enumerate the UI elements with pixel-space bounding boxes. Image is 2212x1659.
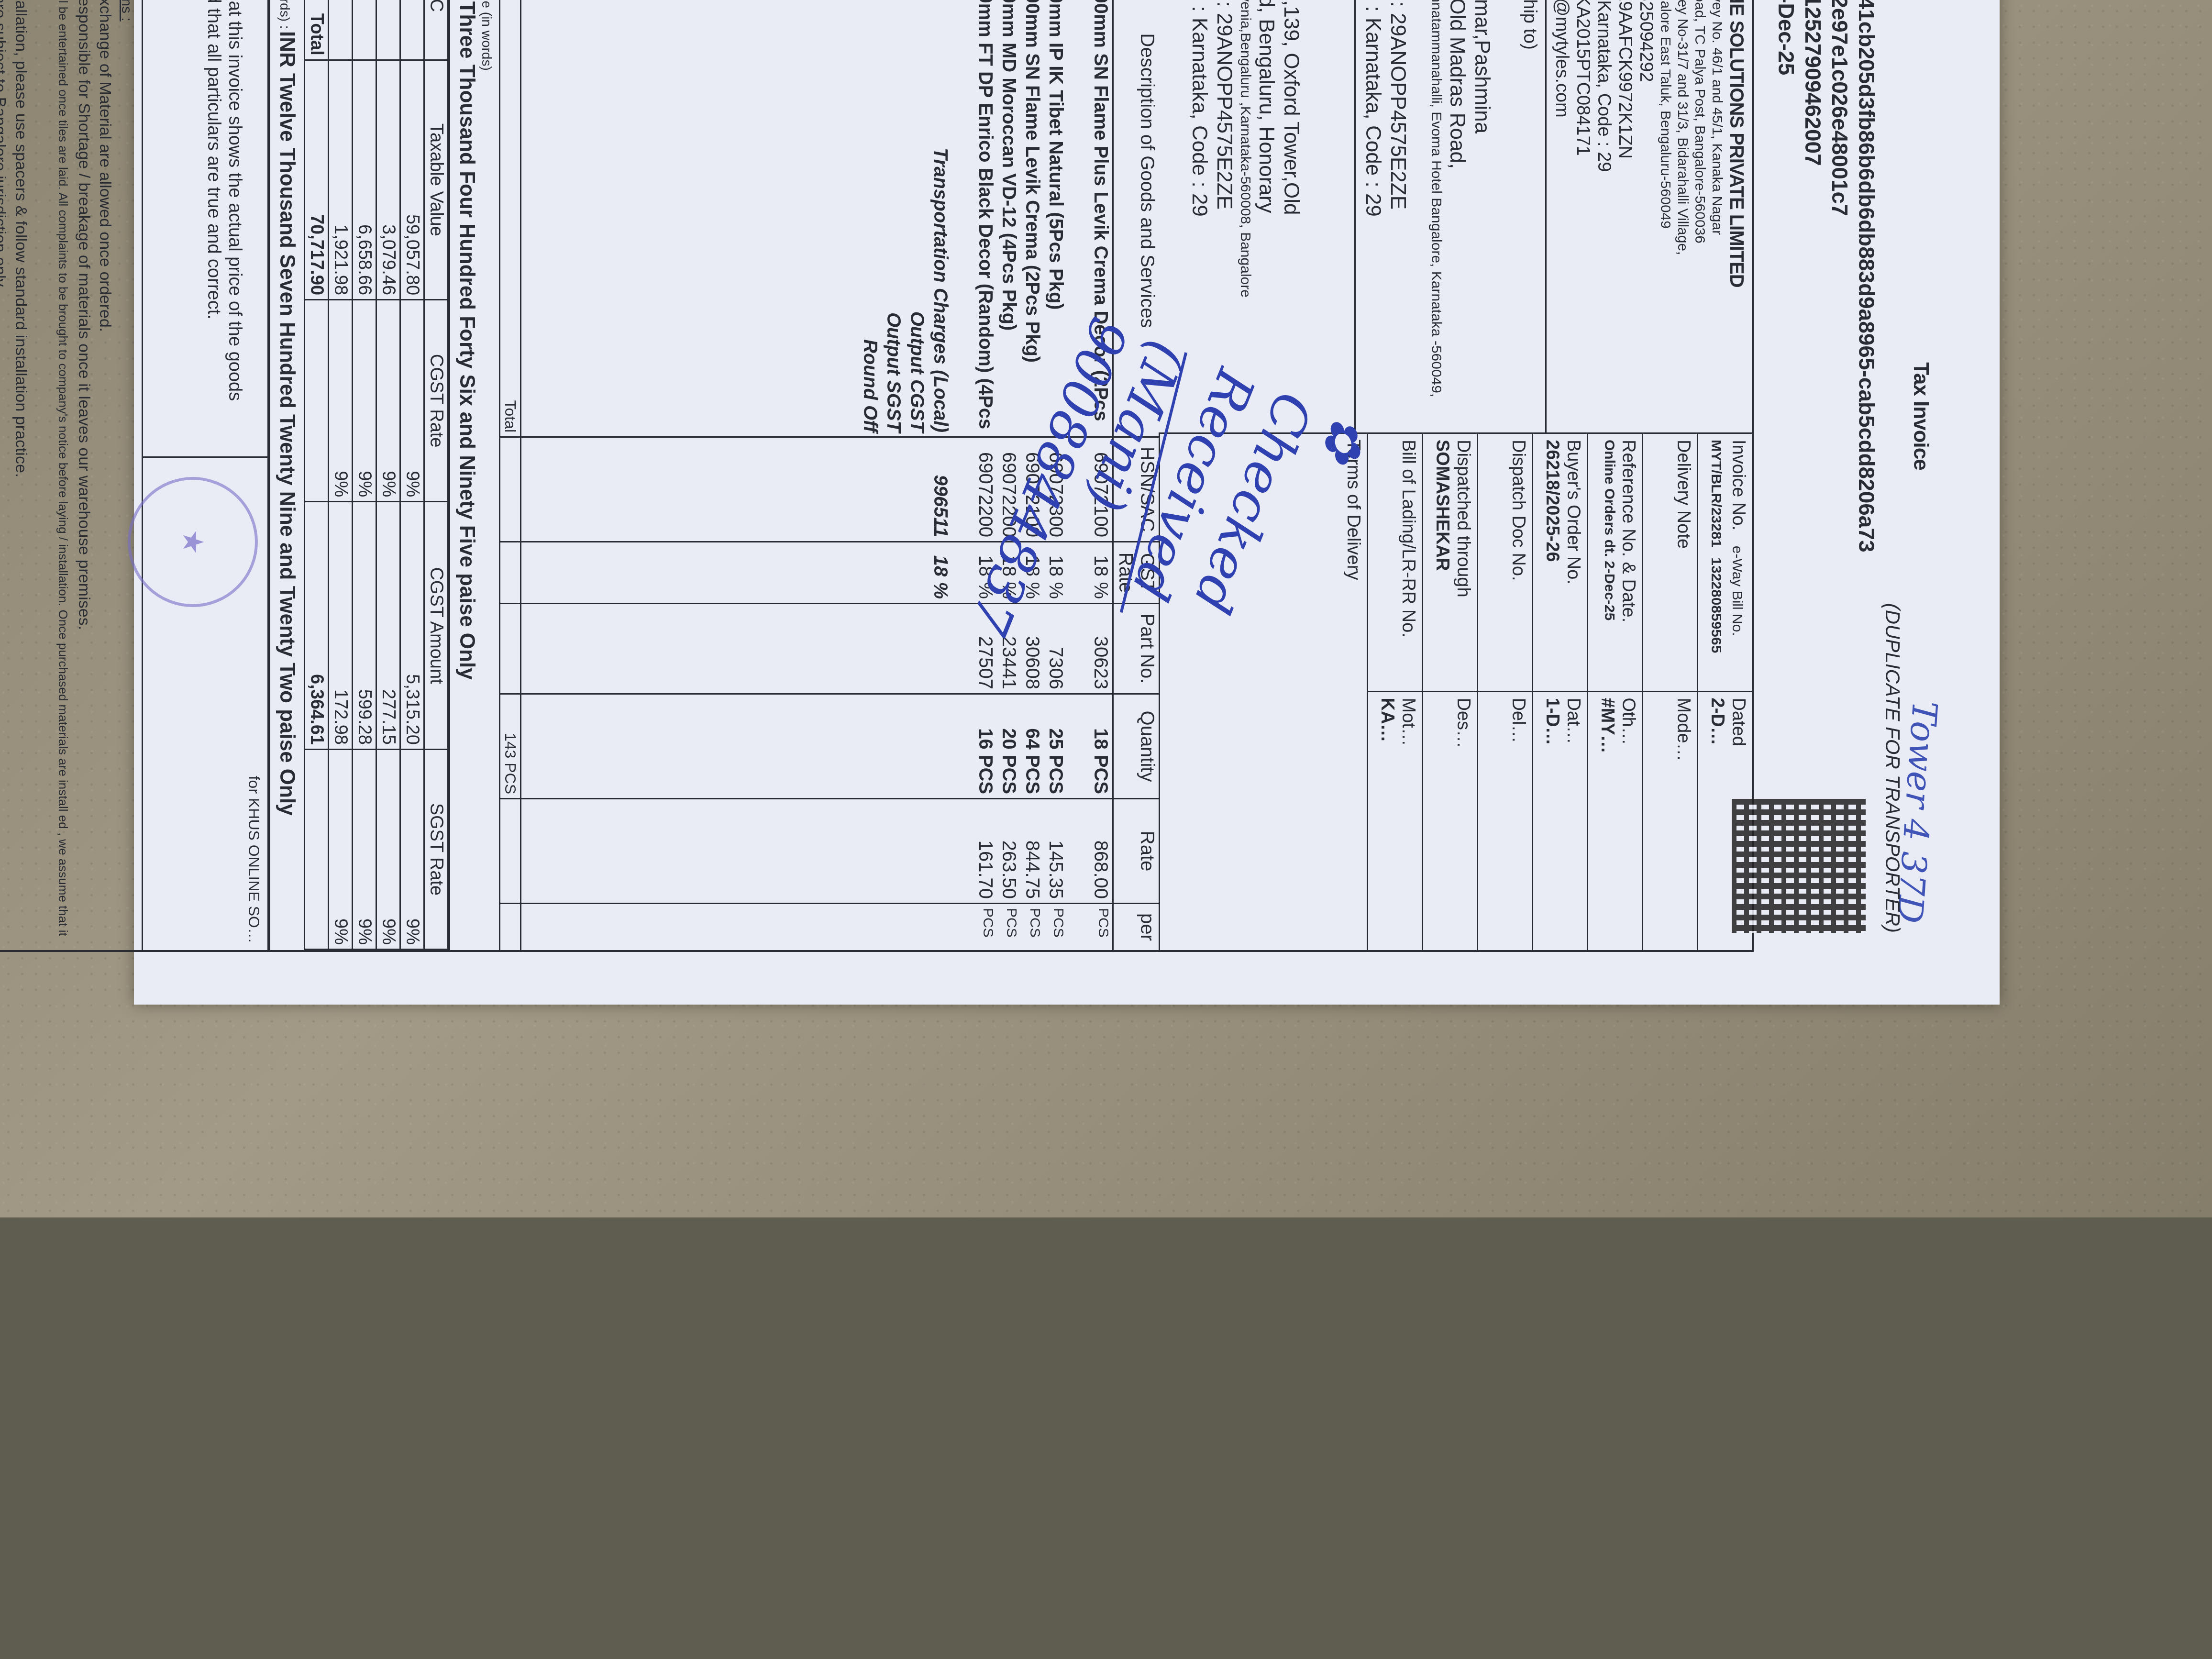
seller-gstin: GSTIN/UIN: 29AAFCK9972K1ZN <box>1615 0 1636 426</box>
tax-total-label: Total <box>305 0 329 60</box>
seller-state: State Name : Karnataka, Code : 29 <box>1593 0 1615 426</box>
charge-empty <box>882 694 905 799</box>
charge-empty <box>929 694 952 799</box>
spacer-cell <box>521 694 859 799</box>
charge-hsn <box>905 437 929 542</box>
charge-gst: 18 % <box>929 542 952 604</box>
item-rate: 145.35 <box>1044 799 1067 904</box>
meta-motor-vehicle: Mot…KA… <box>1367 692 1422 951</box>
seller-line: Warehouse: Survey No-31/7 and 31/3, Bida… <box>1674 0 1691 426</box>
tax-words-value: INR Twelve Thousand Seven Hundred Twenty… <box>276 31 299 816</box>
item-quantity: 20 PCS <box>997 694 1020 799</box>
meta-invoice-no: Invoice No. e-Way Bill No. MYT/BLR/23281… <box>1697 434 1752 692</box>
charge-hsn <box>858 437 882 542</box>
tax-row: 690723003,079.469%277.159% <box>376 0 400 950</box>
term-item: 2) We are not responsible for Shortage /… <box>74 0 95 943</box>
tax-total-cgst: 6,364.61 <box>305 502 329 750</box>
amount-in-words: Amount Chargeable (in words) INR Eighty … <box>449 0 499 950</box>
seller-cin: CIN: U52399KA2015PTC084171 <box>1572 0 1593 426</box>
buyer-heading: Buyer (Bill to) <box>1328 0 1349 426</box>
total-label: Total <box>500 0 521 437</box>
invoice-paper: Tax Invoice Tower 4 37D (DUPLICATE FOR T… <box>134 0 2000 1005</box>
terms-heading: Terms & Conditions : <box>116 0 137 943</box>
spacer-row: Less <box>521 0 859 950</box>
seller-email: E-Mail : sales@mytyles.com <box>1551 0 1572 426</box>
tax-taxable: 6,658.66 <box>353 60 376 299</box>
meta-delivery-note: Delivery Note <box>1642 434 1697 692</box>
spacer-cell <box>521 542 859 604</box>
meta-dispatch-doc: Dispatch Doc No. <box>1477 434 1532 692</box>
item-description: 600x600mm MD Moroccan VD-12 (4Pcs Pkg) <box>997 0 1020 437</box>
meta-destination: Des… <box>1422 692 1477 951</box>
tax-taxable: 1,921.98 <box>329 60 353 299</box>
charge-empty <box>882 904 905 951</box>
total-empty <box>500 604 521 694</box>
charge-empty <box>905 799 929 904</box>
charge-description: Output SGST <box>882 0 905 437</box>
terms-section: Terms & Conditions : 1) No Return/Exchan… <box>0 0 143 950</box>
tax-cgst-amount: 172.98 <box>329 502 353 750</box>
declaration-text: We declare that this invoice shows the a… <box>203 0 245 450</box>
tax-sgst-rate: 9% <box>329 749 353 949</box>
tax-col-sgst-rate: SGST Rate <box>424 749 448 949</box>
meta-order-date: Dat…1-D… <box>1532 692 1587 951</box>
consignee-line: Bhattarahalli, Sannatammanahalli, Evoma … <box>1410 0 1445 426</box>
tax-sgst-rate: 9% <box>376 749 400 949</box>
charge-empty <box>905 904 929 951</box>
col-per: per <box>1113 904 1159 951</box>
item-rate: 161.70 <box>952 799 997 904</box>
amount-words-value: INR Eighty Three Thousand Four Hundred F… <box>455 0 479 943</box>
charge-empty <box>929 604 952 694</box>
consignee-heading: Consignee (Ship to) <box>1519 0 1540 426</box>
item-rate: 868.00 <box>1067 799 1113 904</box>
item-per: PCS <box>1067 904 1113 951</box>
charge-hsn <box>882 437 905 542</box>
spacer-cell <box>521 0 859 437</box>
meta-mode: Mode… <box>1642 692 1697 951</box>
tax-summary-table: HSN/SAC Taxable Value CGST Rate CGST Amo… <box>304 0 449 950</box>
qr-code-icon <box>1732 799 1866 933</box>
tax-cgst-rate: 9% <box>353 300 376 502</box>
tax-words-label: Tax Amount (in words) : <box>277 0 292 29</box>
spacer-cell <box>521 799 859 904</box>
total-empty <box>500 799 521 904</box>
tax-hsn: 69072200 <box>353 0 376 60</box>
invoice-box: KHUS ONLINE SOLUTIONS PRIVATE LIMITED He… <box>0 0 1754 952</box>
tax-total-row: Total70,717.906,364.61 <box>305 0 329 950</box>
item-rate: 263.50 <box>997 799 1020 904</box>
tax-taxable: 59,057.80 <box>400 60 424 299</box>
item-per: PCS <box>952 904 997 951</box>
consignee-line: Praveen Kumar,Pashmina <box>1470 0 1494 426</box>
tax-col-cgst-rate: CGST Rate <box>424 300 448 502</box>
charge-description: Transportation Charges (Local) <box>929 0 952 437</box>
charge-empty <box>905 604 929 694</box>
total-empty <box>500 904 521 951</box>
total-empty <box>500 542 521 604</box>
charge-empty <box>858 799 882 904</box>
seller-name: KHUS ONLINE SOLUTIONS PRIVATE LIMITED <box>1725 0 1747 426</box>
charge-gst <box>905 542 929 604</box>
charge-row: Output SGST <box>882 0 905 950</box>
charge-empty <box>929 799 952 904</box>
charge-empty <box>858 694 882 799</box>
buyer-gstin: GSTIN/UIN : 29ANOPP4575E2ZE <box>1212 0 1237 426</box>
company-stamp-icon: ★ <box>128 477 258 607</box>
charge-empty <box>905 694 929 799</box>
meta-bill-of-lading: Bill of Lading/LR-RR No. <box>1367 434 1422 692</box>
item-per: PCS <box>1020 904 1044 951</box>
tax-total-empty <box>305 749 329 949</box>
charge-row: Round Off <box>858 0 882 950</box>
charge-empty <box>929 904 952 951</box>
item-quantity: 25 PCS <box>1044 694 1067 799</box>
item-per: PCS <box>997 904 1020 951</box>
buyer-name: Affodec <box>1304 0 1328 426</box>
spacer-cell <box>521 904 859 951</box>
tax-hsn: 996511 <box>329 0 353 60</box>
term-item: 4) For Tiles installation, please use sp… <box>11 0 32 943</box>
tax-cgst-rate: 9% <box>400 300 424 502</box>
amount-words-label: Amount Chargeable (in words) <box>479 0 494 943</box>
tax-sgst-rate: 9% <box>400 749 424 949</box>
spacer-cell <box>521 604 859 694</box>
charge-row: Output CGST <box>905 0 929 950</box>
seller-line: Head Office: Survey No. 46/1 and 45/1, K… <box>1708 0 1725 426</box>
charge-description: Round Off <box>858 0 882 437</box>
tax-col-hsn: HSN/SAC <box>424 0 448 60</box>
total-empty <box>500 437 521 542</box>
term-item: 3) No complaints will be entertained onc… <box>32 0 74 943</box>
consignee-state: State Name : Karnataka, Code : 29 <box>1360 0 1385 426</box>
item-rate: 844.75 <box>1020 799 1044 904</box>
consignee-block: Consignee (Ship to) Affodec Praveen Kuma… <box>1354 0 1545 432</box>
tax-hsn: 69072100 <box>400 0 424 60</box>
consignee-name: Affodec <box>1494 0 1519 426</box>
tax-cgst-amount: 277.15 <box>376 502 400 750</box>
irn-value: b41cb205d3fb86b6db6db883d9a8965-cab5cdd8… <box>1826 0 1880 558</box>
consignee-gstin: GSTIN/UIN : 29ANOPP4575E2ZE <box>1385 0 1410 426</box>
charge-description: Output CGST <box>905 0 929 437</box>
seller-line: Varanasi Main Road, TC Palya Post, Banga… <box>1691 0 1708 426</box>
charge-gst <box>858 542 882 604</box>
charge-row: Transportation Charges (Local)99651118 % <box>929 0 952 950</box>
tax-cgst-amount: 5,315.20 <box>400 502 424 750</box>
item-description: 298x600mm FT DP Enrico Black Decor (Rand… <box>952 0 997 437</box>
buyer-line: Unit No,101,139, Oxford Tower,Old <box>1279 0 1304 426</box>
meta-reference: Reference No. & Date.Online Orders dt. 2… <box>1587 434 1642 692</box>
buyer-line: Consulate of Slovenia,Bengaluru ,Karnata… <box>1237 0 1254 426</box>
tax-col-cgst-amount: CGST Amount <box>424 502 448 750</box>
signatory-name: for KHUS ONLINE SO… <box>245 776 263 943</box>
seller-line: Topovanaa, Bangalore East Taluk, Bengalu… <box>1657 0 1674 426</box>
spacer-cell <box>521 437 859 542</box>
charge-gst <box>882 542 905 604</box>
term-item: 1) No Return/Exchange of Material are al… <box>95 0 116 943</box>
meta-dispatched-through: Dispatched throughSOMASHEKAR <box>1422 434 1477 692</box>
declaration-heading: Declaration <box>245 0 263 450</box>
charge-hsn: 996511 <box>929 437 952 542</box>
tax-row: 6907210059,057.809%5,315.209% <box>400 0 424 950</box>
tax-total-taxable: 70,717.90 <box>305 60 329 299</box>
term-item: 5) All disputes are subject to Bangalore… <box>0 0 11 943</box>
meta-other: Oth…#MY… <box>1587 692 1642 951</box>
ack-no-value: 112527909462007 <box>1800 0 1826 166</box>
tax-row: 690722006,658.669%599.289% <box>353 0 376 950</box>
item-quantity: 16 PCS <box>952 694 997 799</box>
consignee-line: Waterfront, Old Madras Road, <box>1445 0 1470 426</box>
charge-empty <box>882 799 905 904</box>
meta-delivery-date: Del… <box>1477 692 1532 951</box>
tax-taxable: 3,079.46 <box>376 60 400 299</box>
tax-col-taxable: Taxable Value <box>424 60 448 299</box>
buyer-line: Airport Road, Bengaluru, Honorary <box>1254 0 1279 426</box>
seller-block: KHUS ONLINE SOLUTIONS PRIVATE LIMITED He… <box>1545 0 1752 432</box>
item-quantity: 64 PCS <box>1020 694 1044 799</box>
tax-total-empty <box>305 300 329 502</box>
ack-date-value: 2-Dec-25 <box>1773 0 1800 75</box>
copy-label: (DUPLICATE FOR TRANSPORTER) <box>1881 603 1904 933</box>
charge-empty <box>858 904 882 951</box>
tax-sgst-rate: 9% <box>353 749 376 949</box>
declaration-section: Declaration We declare that this invoice… <box>143 0 269 950</box>
seller-mobile: Mobile No: 7625094292 <box>1636 0 1657 426</box>
charge-empty <box>858 604 882 694</box>
tax-cgst-rate: 9% <box>329 300 353 502</box>
signatory-block: for KHUS ONLINE SO… ★ <box>143 456 267 950</box>
item-per: PCS <box>1044 904 1067 951</box>
item-description: 600x1200mm SN Flame Levik Crema (2Pcs Pk… <box>1020 0 1044 437</box>
item-hsn: 69072200 <box>952 437 997 542</box>
tax-row: 9965111,921.989%172.989% <box>329 0 353 950</box>
total-row: Total143 PCS <box>500 0 521 950</box>
charge-empty <box>882 604 905 694</box>
tax-hsn: 69072300 <box>376 0 400 60</box>
item-quantity: 18 PCS <box>1067 694 1113 799</box>
tax-in-words: Tax Amount (in words) : INR Twelve Thous… <box>269 0 304 950</box>
col-rate: Rate <box>1113 799 1159 904</box>
col-quantity: Quantity <box>1113 694 1159 799</box>
blank-band <box>0 1217 2212 1659</box>
tax-cgst-rate: 9% <box>376 300 400 502</box>
meta-buyers-order: Buyer's Order No.26218/2025-26 <box>1532 434 1587 692</box>
tax-cgst-amount: 599.28 <box>353 502 376 750</box>
total-quantity: 143 PCS <box>500 694 521 799</box>
table-row: 5298x600mm FT DP Enrico Black Decor (Ran… <box>952 0 997 950</box>
